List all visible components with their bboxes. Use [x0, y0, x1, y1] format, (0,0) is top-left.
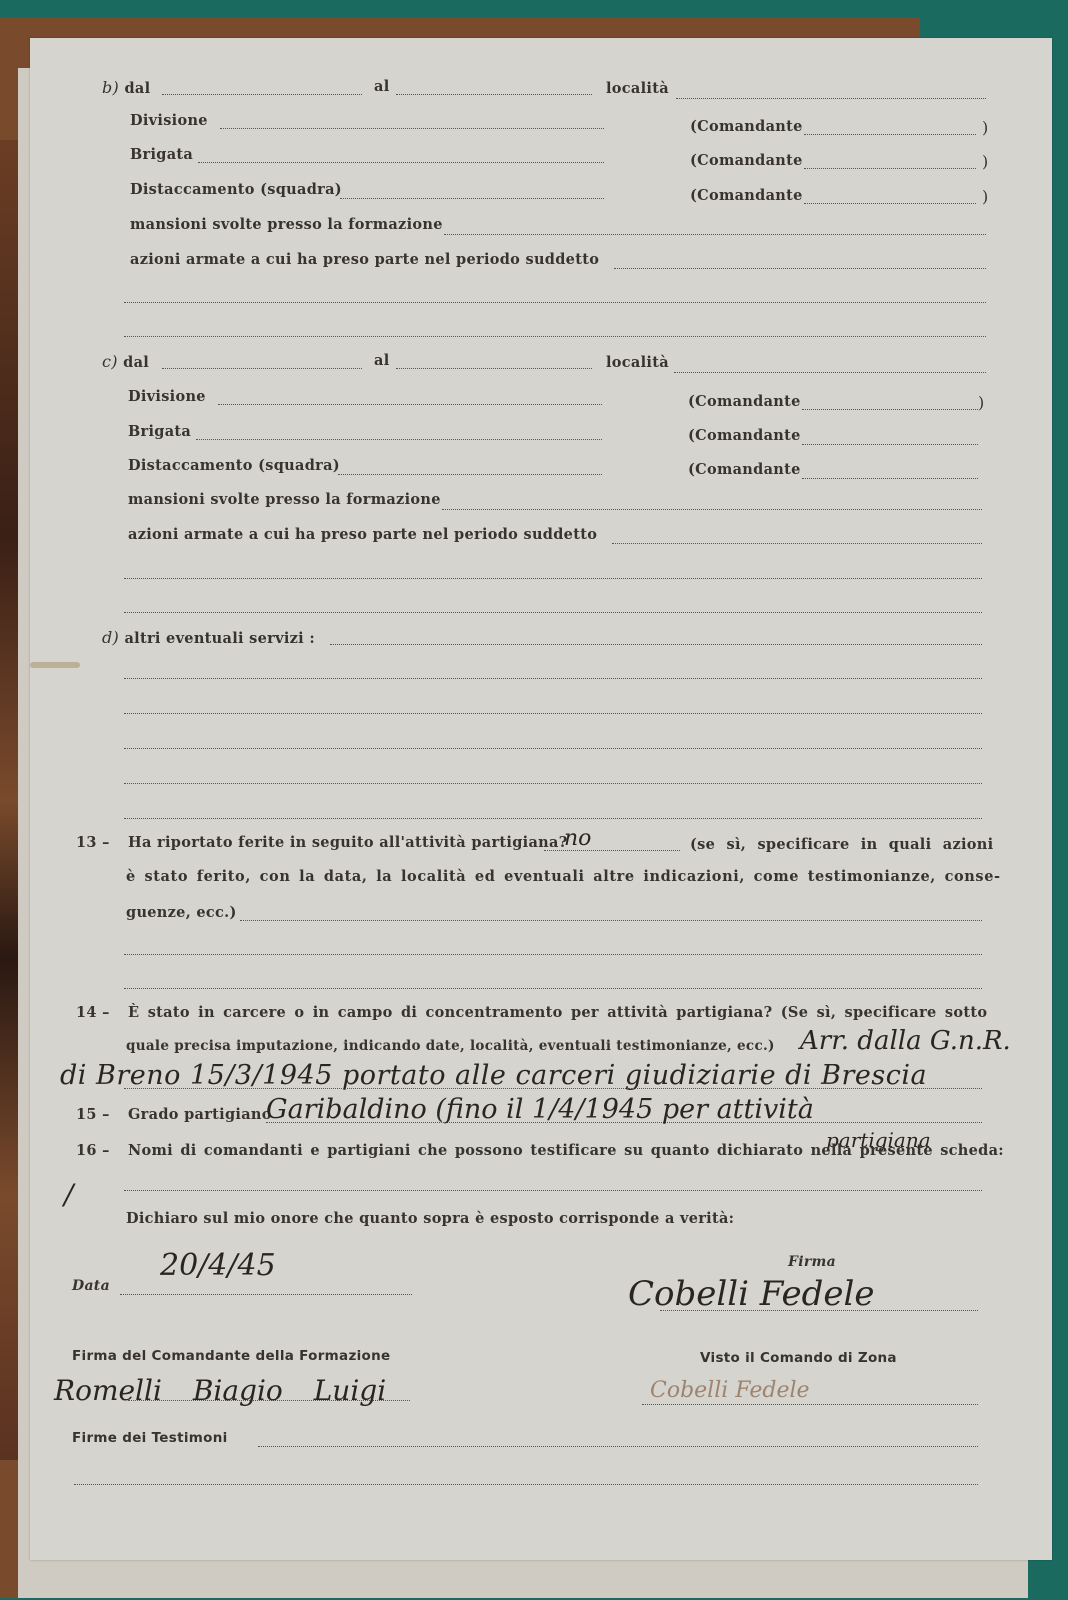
q14-handwritten-answer-2: di Breno 15/3/1945 portato alle carceri … — [60, 1060, 927, 1091]
q13-question-tail: (se sì, specificare in quali azioni — [690, 836, 993, 853]
comandante-label: (Comandante — [688, 427, 801, 444]
dal-label: dal — [123, 354, 149, 371]
q15-handwritten-answer: Garibaldino (fino il 1/4/1945 per attivi… — [266, 1094, 814, 1125]
close-paren: ) — [982, 152, 988, 171]
mansioni-label: mansioni svolte presso la formazione — [128, 491, 441, 508]
comandante-label: (Comandante — [690, 187, 803, 204]
comandante-divisione-field[interactable] — [802, 409, 978, 410]
q14-answer-line[interactable] — [124, 1088, 982, 1089]
q13-question: Ha riportato ferite in seguito all'attiv… — [128, 834, 568, 851]
comandante-divisione-field[interactable] — [804, 134, 976, 135]
q16-handwritten-slash: / — [64, 1178, 73, 1211]
close-paren: ) — [982, 187, 988, 206]
blank-line[interactable] — [124, 748, 982, 749]
localita-field[interactable] — [674, 372, 986, 373]
witnesses-label: Firme dei Testimoni — [72, 1430, 228, 1446]
q16-answer-field[interactable] — [124, 1190, 982, 1191]
altri-servizi-label: altri eventuali servizi : — [124, 630, 315, 647]
q14-question-line2: quale precisa imputazione, indicando dat… — [126, 1038, 775, 1054]
blank-line[interactable] — [124, 954, 982, 955]
blank-line[interactable] — [124, 578, 982, 579]
distaccamento-field[interactable] — [338, 474, 602, 475]
firma-signature: Cobelli Fedele — [628, 1274, 875, 1314]
azioni-label: azioni armate a cui ha preso parte nel p… — [128, 526, 597, 543]
brigata-label: Brigata — [130, 146, 193, 163]
localita-field[interactable] — [676, 98, 986, 99]
comandante-label: (Comandante — [688, 393, 801, 410]
paper-stain — [30, 662, 80, 668]
q14-question: È stato in carcere o in campo di concent… — [128, 1004, 987, 1021]
blank-line[interactable] — [124, 612, 982, 613]
comandante-label: (Comandante — [690, 152, 803, 169]
comandante-label: (Comandante — [688, 461, 801, 478]
al-field[interactable] — [396, 94, 592, 95]
q15-number: 15 – — [76, 1106, 110, 1123]
section-c-dates: c) dal — [102, 352, 149, 371]
comandante-distaccamento-field[interactable] — [804, 203, 976, 204]
q16-number: 16 – — [76, 1142, 110, 1159]
altri-servizi-field[interactable] — [330, 644, 982, 645]
distaccamento-label: Distaccamento (squadra) — [130, 181, 342, 198]
divisione-label: Divisione — [128, 388, 206, 405]
azioni-field[interactable] — [614, 268, 986, 269]
mansioni-field[interactable] — [442, 509, 982, 510]
section-b-dates: b) dal — [102, 78, 150, 97]
azioni-field[interactable] — [612, 543, 982, 544]
divisione-field[interactable] — [218, 404, 602, 405]
date-label: Data — [72, 1278, 110, 1294]
firma-label: Firma — [788, 1254, 836, 1270]
comandante-brigata-field[interactable] — [802, 444, 978, 445]
witnesses-field[interactable] — [258, 1446, 978, 1447]
section-d-marker: d) — [102, 628, 119, 647]
close-paren: ) — [982, 118, 988, 137]
distaccamento-field[interactable] — [340, 198, 604, 199]
brigata-label: Brigata — [128, 423, 191, 440]
date-field[interactable] — [120, 1294, 412, 1295]
dal-label: dal — [124, 80, 150, 97]
divisione-field[interactable] — [220, 128, 604, 129]
blank-line[interactable] — [124, 678, 982, 679]
close-paren: ) — [978, 393, 984, 412]
section-d: d) altri eventuali servizi : — [102, 628, 315, 647]
zona-signature: Cobelli Fedele — [650, 1378, 810, 1403]
azioni-label: azioni armate a cui ha preso parte nel p… — [130, 251, 599, 268]
commander-label: Firma del Comandante della Formazione — [72, 1348, 391, 1364]
localita-label: località — [606, 354, 669, 371]
comandante-distaccamento-field[interactable] — [802, 478, 978, 479]
brigata-field[interactable] — [198, 162, 604, 163]
comandante-label: (Comandante — [690, 118, 803, 135]
blank-line[interactable] — [124, 302, 986, 303]
commander-signature: Romelli Biagio Luigi — [54, 1374, 386, 1407]
zona-label: Visto il Comando di Zona — [700, 1350, 897, 1366]
section-c-marker: c) — [102, 352, 118, 371]
brigata-field[interactable] — [196, 439, 602, 440]
distaccamento-label: Distaccamento (squadra) — [128, 457, 340, 474]
q15-label: Grado partigiano — [128, 1106, 272, 1123]
q13-number: 13 – — [76, 834, 110, 851]
q14-number: 14 – — [76, 1004, 110, 1021]
al-label: al — [374, 352, 390, 369]
blank-line[interactable] — [124, 783, 982, 784]
q13-handwritten-answer: no — [564, 826, 591, 851]
q13-question-line2: è stato ferito, con la data, la località… — [126, 868, 1001, 885]
mansioni-label: mansioni svolte presso la formazione — [130, 216, 443, 233]
blank-line[interactable] — [124, 713, 982, 714]
q16-label: Nomi di comandanti e partigiani che poss… — [128, 1142, 1004, 1159]
blank-line[interactable] — [124, 336, 986, 337]
witnesses-field-2[interactable] — [74, 1484, 978, 1485]
localita-label: località — [606, 80, 669, 97]
date-handwritten: 20/4/45 — [160, 1248, 276, 1283]
q13-question-line3: guenze, ecc.) — [126, 904, 237, 921]
declaration-text: Dichiaro sul mio onore che quanto sopra … — [126, 1210, 734, 1227]
divisione-label: Divisione — [130, 112, 208, 129]
al-field[interactable] — [396, 368, 592, 369]
al-label: al — [374, 78, 390, 95]
mansioni-field[interactable] — [444, 234, 986, 235]
form-page: b) dal al località Divisione (Comandante… — [30, 38, 1052, 1560]
blank-line[interactable] — [124, 988, 982, 989]
dal-field[interactable] — [162, 368, 362, 369]
dal-field[interactable] — [162, 94, 362, 95]
comandante-brigata-field[interactable] — [804, 168, 976, 169]
zona-signature-field[interactable] — [642, 1404, 978, 1405]
q14-handwritten-answer-1: Arr. dalla G.n.R. — [800, 1026, 1011, 1056]
section-b-marker: b) — [102, 78, 119, 97]
q13-details-field[interactable] — [240, 920, 982, 921]
blank-line[interactable] — [124, 818, 982, 819]
